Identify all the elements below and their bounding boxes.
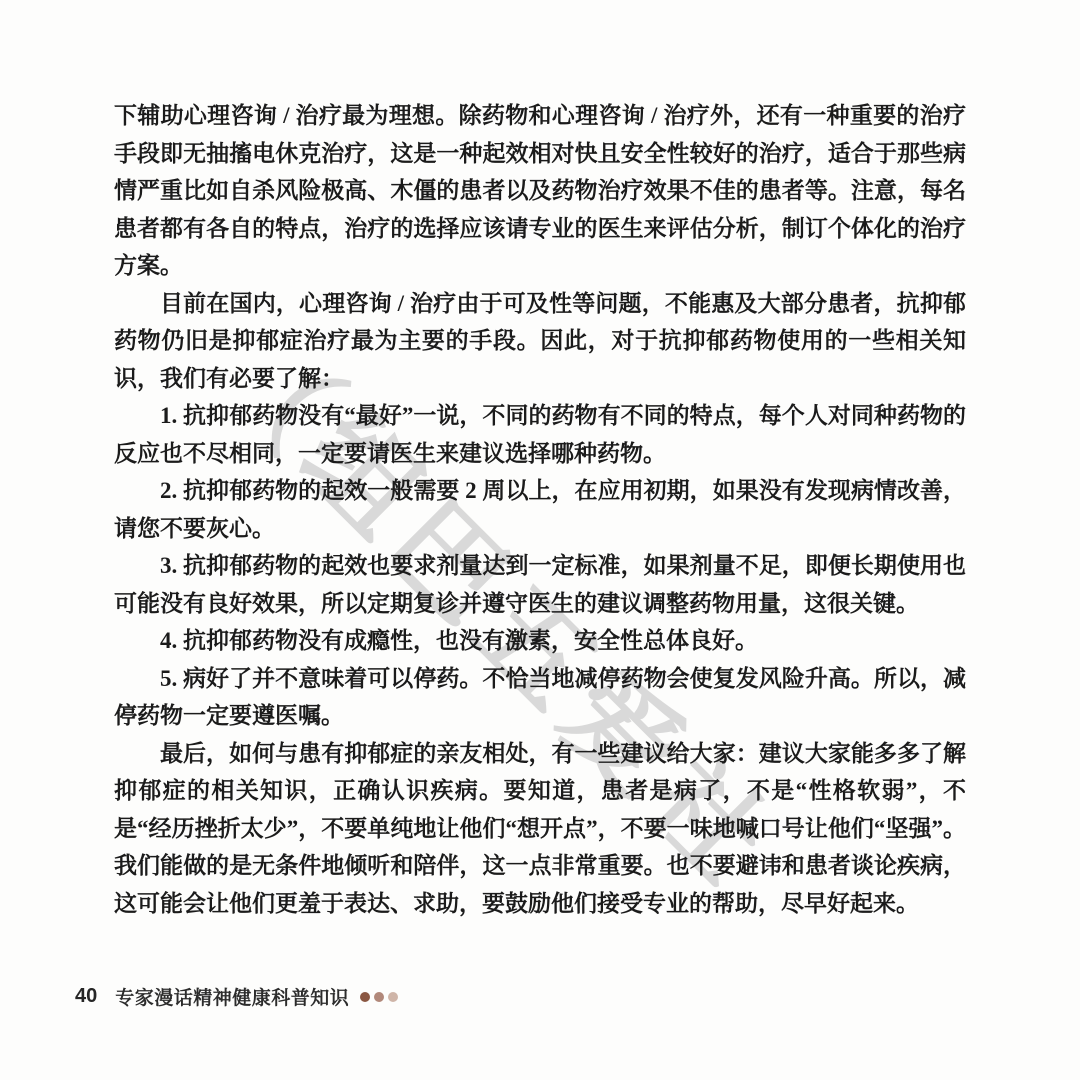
paragraph: 4. 抗抑郁药物没有成瘾性，也没有激素，安全性总体良好。 xyxy=(114,622,966,660)
paragraph: 5. 病好了并不意味着可以停药。不恰当地减停药物会使复发风险升高。所以，减停药物… xyxy=(114,660,966,735)
footer-dots xyxy=(356,992,398,1002)
footer-dot-icon xyxy=(374,992,384,1002)
paragraph: 目前在国内，心理咨询 / 治疗由于可及性等问题，不能惠及大部分患者，抗抑郁药物仍… xyxy=(114,285,966,398)
footer-dot-icon xyxy=(388,992,398,1002)
paragraph: 2. 抗抑郁药物的起效一般需要 2 周以上，在应用初期，如果没有发现病情改善，请… xyxy=(114,472,966,547)
book-page: （组巴五爱社 下辅助心理咨询 / 治疗最为理想。除药物和心理咨询 / 治疗外，还… xyxy=(0,0,1080,1080)
paragraph: 下辅助心理咨询 / 治疗最为理想。除药物和心理咨询 / 治疗外，还有一种重要的治… xyxy=(114,97,966,285)
footer-dot-icon xyxy=(360,992,370,1002)
paragraph: 最后，如何与患有抑郁症的亲友相处，有一些建议给大家：建议大家能多多了解抑郁症的相… xyxy=(114,735,966,923)
paragraph: 1. 抗抑郁药物没有“最好”一说，不同的药物有不同的特点，每个人对同种药物的反应… xyxy=(114,397,966,472)
book-title: 专家漫话精神健康科普知识 xyxy=(115,983,349,1010)
paragraph: 3. 抗抑郁药物的起效也要求剂量达到一定标准，如果剂量不足，即便长期使用也可能没… xyxy=(114,547,966,622)
page-number: 40 xyxy=(75,985,97,1008)
text-block: 下辅助心理咨询 / 治疗最为理想。除药物和心理咨询 / 治疗外，还有一种重要的治… xyxy=(114,97,966,922)
page-footer: 40 专家漫话精神健康科普知识 xyxy=(75,983,398,1010)
